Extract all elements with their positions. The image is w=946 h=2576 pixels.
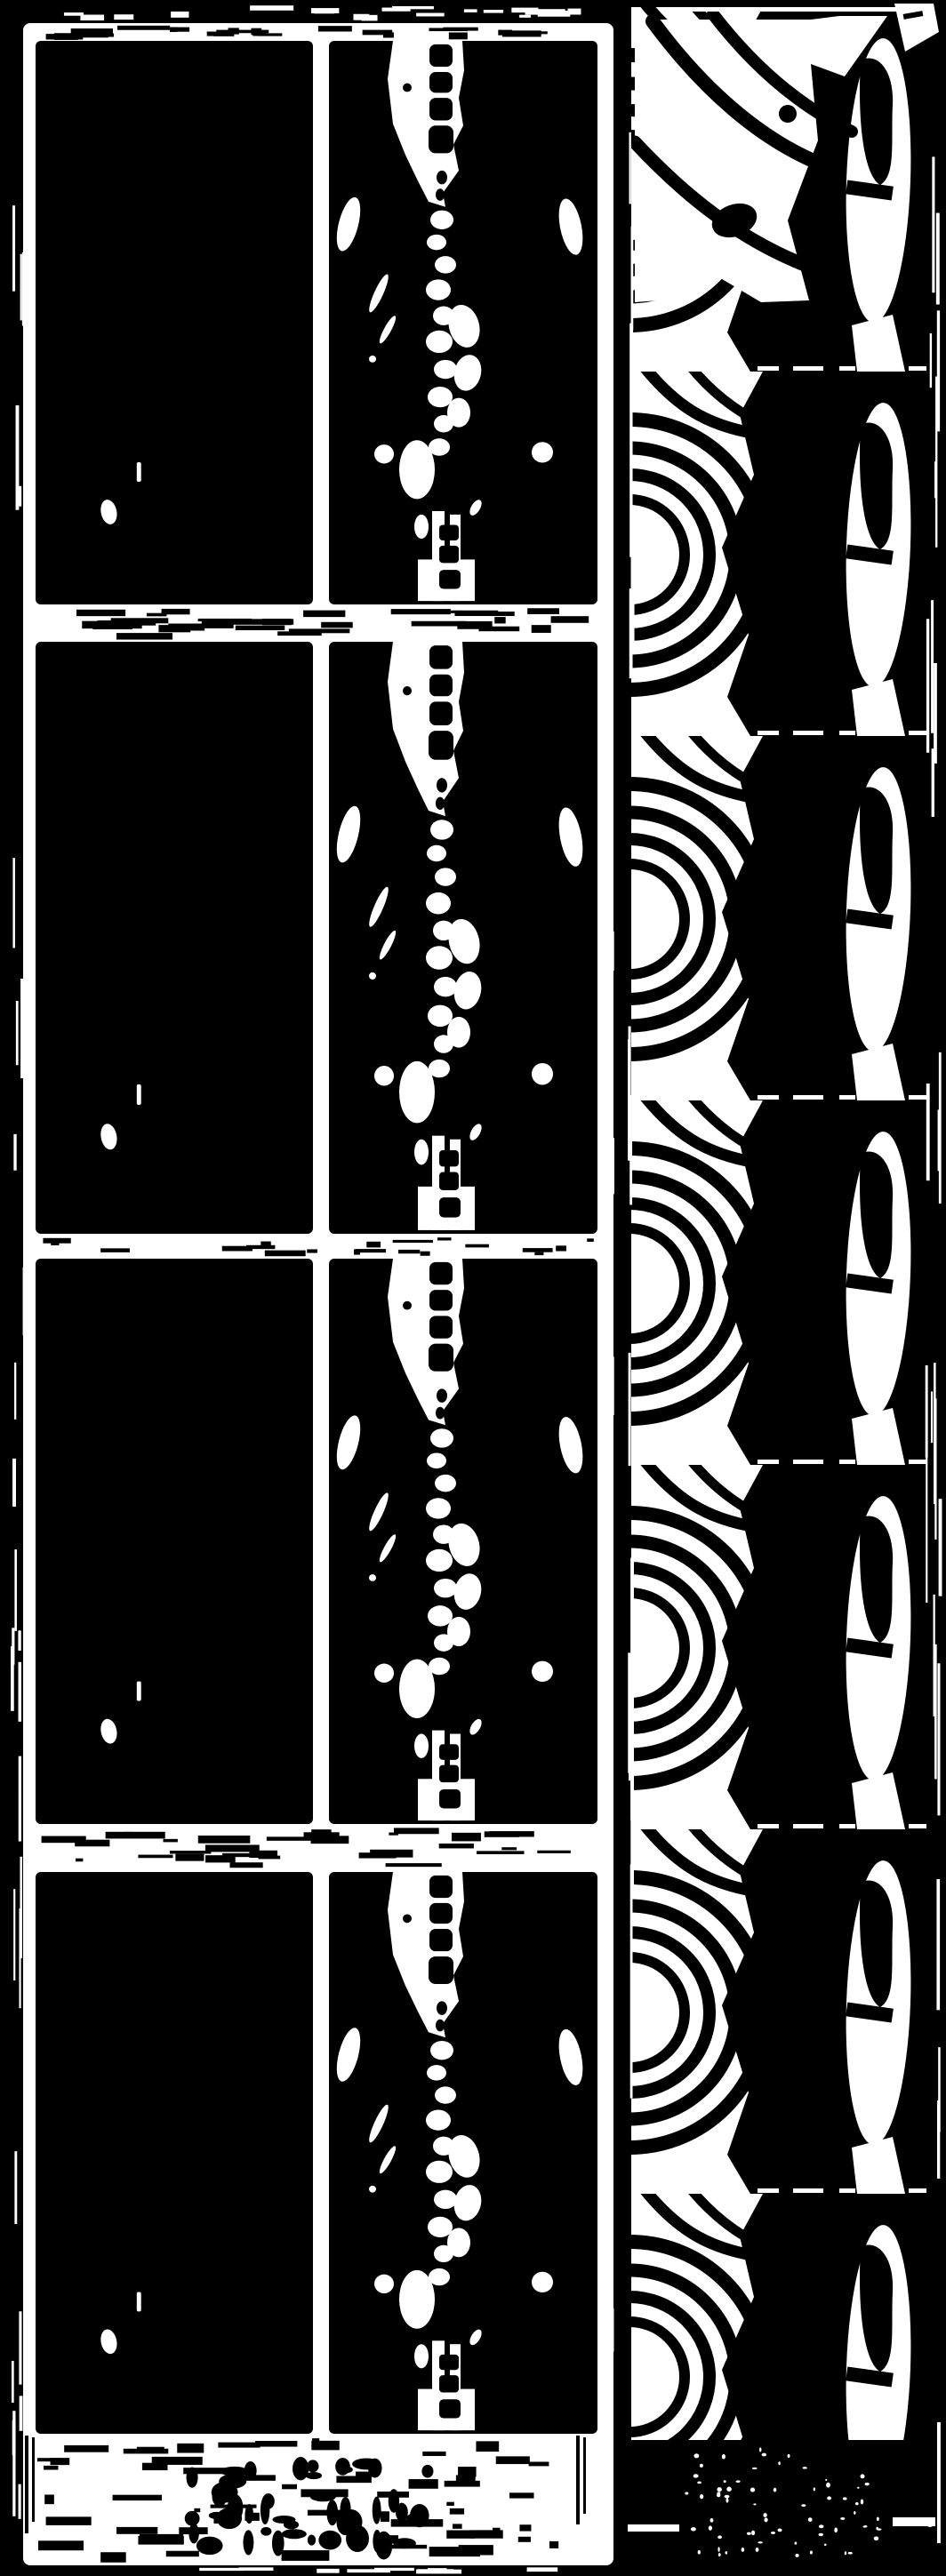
noise-mark: [164, 1839, 178, 1843]
noise-mark: [37, 2458, 62, 2461]
noise-mark: [177, 2444, 204, 2453]
noise-mark: [51, 1242, 59, 1245]
noise-mark: [926, 1084, 930, 1180]
noise-mark: [116, 2527, 157, 2534]
noise-mark: [611, 2308, 614, 2352]
noise-mark: [158, 625, 190, 632]
noise-mark: [449, 32, 468, 39]
noise-mark: [525, 9, 565, 14]
noise-mark: [756, 2548, 759, 2552]
noise-mark: [698, 2550, 701, 2555]
noise-mark: [611, 1356, 614, 1415]
noise-mark: [394, 1828, 439, 1834]
noise-mark: [12, 858, 15, 948]
noise-mark: [452, 1833, 481, 1842]
noise-mark: [501, 1847, 517, 1850]
noise-mark: [13, 1134, 16, 1171]
noise-mark: [611, 1138, 614, 1194]
bone-scan-panel-row1: [329, 41, 597, 604]
noise-mark: [19, 1908, 20, 2008]
noise-mark: [939, 1499, 942, 1596]
noise-mark: [19, 1662, 21, 1722]
noise-mark: [317, 2569, 339, 2573]
noise-mark: [717, 2493, 720, 2497]
noise-mark: [527, 2567, 558, 2572]
noise-mark: [509, 31, 548, 34]
noise-mark: [13, 1889, 15, 1980]
noise-mark: [877, 2517, 879, 2521]
noise-mark: [212, 2487, 228, 2507]
noise-mark: [758, 2541, 763, 2543]
noise-mark: [16, 1001, 19, 1065]
noise-mark: [607, 850, 610, 925]
noise-mark: [100, 2552, 126, 2563]
noise-mark: [368, 2459, 382, 2478]
noise-mark: [845, 2551, 846, 2555]
noise-mark: [724, 2480, 726, 2483]
noise-mark: [519, 2524, 531, 2531]
noise-mark: [406, 2514, 420, 2524]
noise-mark: [282, 2529, 307, 2539]
noise-mark: [926, 1448, 927, 1603]
noise-mark: [98, 620, 156, 626]
noise-mark: [73, 34, 114, 37]
noise-mark: [80, 15, 104, 20]
strip-dark-lower-zone: [628, 2440, 946, 2576]
blank-panel-row2: [36, 642, 313, 1234]
noise-mark: [587, 1238, 594, 1242]
noise-mark: [125, 1832, 132, 1836]
noise-mark: [788, 2454, 790, 2458]
noise-mark: [209, 2512, 225, 2519]
blank-panel-row1: [36, 41, 313, 604]
noise-mark: [381, 2511, 389, 2522]
noise-mark: [610, 1673, 612, 1757]
noise-mark: [762, 2453, 767, 2457]
noise-mark: [484, 10, 503, 13]
noise-mark: [54, 33, 78, 40]
noise-mark: [218, 2443, 260, 2448]
noise-mark: [771, 2532, 775, 2534]
noise-mark: [236, 626, 285, 630]
noise-mark: [166, 2551, 199, 2556]
noise-mark: [137, 2447, 164, 2451]
noise-mark: [801, 2504, 806, 2507]
noise-mark: [456, 2476, 476, 2484]
noise-mark: [549, 2541, 558, 2548]
noise-mark: [631, 1709, 633, 1824]
binarized-figure: [0, 0, 946, 2576]
noise-mark: [229, 2490, 237, 2505]
noise-mark: [824, 2544, 827, 2546]
noise-mark: [930, 333, 932, 388]
noise-mark: [629, 1027, 631, 1096]
noise-mark: [20, 254, 22, 321]
noise-mark: [259, 1856, 281, 1860]
noise-mark: [382, 8, 411, 12]
noise-mark: [937, 1663, 940, 1815]
noise-mark: [22, 985, 25, 1076]
noise-mark: [20, 2396, 23, 2430]
noise-mark: [19, 486, 21, 507]
noise-mark: [202, 621, 234, 628]
noise-mark: [306, 2472, 322, 2479]
noise-mark: [44, 2494, 54, 2504]
noise-mark: [138, 2536, 183, 2545]
noise-mark: [931, 600, 934, 733]
noise-mark: [450, 2508, 464, 2515]
noise-mark: [437, 1237, 452, 1240]
noise-mark: [834, 2527, 838, 2532]
noise-mark: [854, 2511, 855, 2515]
noise-mark: [605, 2334, 608, 2420]
noise-mark: [464, 9, 477, 12]
noise-mark: [19, 2311, 21, 2384]
noise-mark: [629, 324, 632, 557]
noise-mark: [926, 1365, 928, 1458]
noise-mark: [188, 2524, 198, 2544]
noise-mark: [106, 1832, 165, 1839]
noise-mark: [726, 2487, 732, 2492]
bone-scan-panel-row2: [329, 642, 597, 1234]
bone-scan-panel-row4: [329, 1872, 597, 2434]
noise-mark: [307, 1249, 317, 1252]
noise-mark: [608, 1501, 610, 1572]
noise-mark: [629, 132, 631, 204]
noise-mark: [117, 26, 170, 30]
noise-mark: [14, 1549, 17, 1631]
noise-mark: [725, 2551, 727, 2554]
noise-mark: [857, 2487, 860, 2489]
noise-mark: [551, 616, 589, 623]
noise-mark: [693, 2474, 699, 2477]
noise-mark: [717, 2487, 722, 2492]
noise-mark: [759, 2447, 761, 2452]
noise-mark: [255, 2441, 297, 2447]
noise-mark: [691, 2527, 696, 2531]
noise-mark: [709, 2525, 712, 2530]
noise-mark: [142, 2463, 168, 2470]
noise-mark: [937, 2422, 941, 2543]
noise-mark: [116, 633, 172, 639]
noise-mark: [763, 2513, 766, 2517]
noise-mark: [610, 1600, 613, 1657]
noise-mark: [609, 2391, 612, 2476]
noise-mark: [519, 15, 531, 18]
noise-mark: [825, 2479, 827, 2481]
noise-mark: [932, 156, 934, 292]
noise-mark: [412, 621, 466, 627]
noise-mark: [862, 2525, 866, 2527]
noise-mark: [843, 2497, 847, 2500]
noise-mark: [22, 252, 26, 326]
noise-mark: [518, 2537, 531, 2542]
noise-mark: [185, 2511, 200, 2526]
noise-mark: [609, 2183, 612, 2262]
noise-mark: [113, 2495, 162, 2500]
noise-mark: [534, 1252, 543, 1255]
noise-mark: [934, 663, 937, 764]
noise-mark: [262, 2493, 275, 2508]
noise-mark: [198, 619, 252, 621]
noise-mark: [389, 1833, 397, 1836]
noise-mark: [709, 2518, 713, 2523]
noise-mark: [742, 2548, 744, 2552]
noise-mark: [289, 628, 350, 633]
noise-mark: [393, 2538, 416, 2548]
noise-mark: [865, 2483, 870, 2485]
noise-mark: [311, 8, 339, 13]
noise-mark: [196, 2537, 223, 2556]
noise-mark: [685, 2492, 688, 2494]
noise-mark: [478, 627, 519, 631]
noise-mark: [470, 2530, 503, 2538]
noise-mark: [629, 1095, 632, 1205]
noise-mark: [229, 1862, 262, 1868]
noise-mark: [76, 610, 125, 616]
noise-mark: [938, 2047, 941, 2132]
noise-mark: [170, 28, 189, 32]
noise-mark: [567, 9, 581, 15]
noise-mark: [556, 1245, 566, 1251]
noise-mark: [605, 248, 609, 311]
noise-mark: [926, 619, 929, 752]
noise-mark: [347, 2569, 390, 2572]
noise-mark: [219, 2474, 246, 2488]
noise-mark: [243, 2530, 253, 2555]
noise-mark: [496, 2456, 530, 2464]
noise-mark: [336, 2476, 371, 2483]
noise-mark: [764, 2517, 767, 2522]
noise-mark: [239, 2567, 274, 2571]
noise-mark: [455, 611, 462, 615]
noise-mark: [936, 213, 940, 305]
noise-mark: [855, 2502, 859, 2505]
noise-mark: [389, 2489, 399, 2513]
noise-mark: [336, 2509, 354, 2535]
noise-mark: [12, 2420, 16, 2455]
noise-mark: [523, 1248, 553, 1252]
noise-mark: [359, 1852, 397, 1858]
noise-mark: [631, 227, 634, 331]
noise-mark: [282, 2484, 297, 2490]
noise-mark: [318, 2531, 341, 2550]
noise-mark: [778, 2461, 780, 2465]
noise-mark: [939, 1052, 942, 1204]
noise-mark: [752, 2468, 758, 2469]
noise-mark: [75, 1840, 109, 1847]
blank-panel-row4: [36, 1872, 313, 2434]
noise-mark: [398, 1250, 420, 1253]
noise-mark: [443, 28, 477, 31]
noise-mark: [303, 611, 345, 618]
noise-mark: [874, 2536, 879, 2540]
noise-mark: [318, 26, 352, 31]
noise-mark: [12, 1459, 16, 1507]
noise-mark: [46, 2516, 92, 2525]
noise-mark: [311, 2441, 339, 2451]
noise-mark: [321, 622, 353, 628]
bone-scan-panel-row3: [329, 1259, 597, 1824]
noise-mark: [605, 756, 607, 781]
noise-mark: [375, 2532, 392, 2560]
noise-mark: [604, 540, 606, 603]
noise-mark: [439, 1844, 474, 1848]
noise-mark: [608, 783, 610, 844]
noise-mark: [537, 1851, 571, 1853]
noise-mark: [393, 1240, 433, 1243]
noise-mark: [750, 2488, 755, 2492]
noise-mark: [246, 1245, 275, 1249]
noise-mark: [162, 609, 190, 614]
noise-mark: [608, 2357, 612, 2376]
noise-mark: [383, 32, 394, 37]
noise-mark: [700, 2494, 703, 2499]
noise-mark: [877, 2528, 882, 2530]
noise-mark: [421, 1252, 430, 1256]
noise-mark: [494, 617, 505, 623]
noise-mark: [718, 2553, 721, 2556]
noise-mark: [605, 1288, 608, 1311]
noise-mark: [931, 1391, 933, 1443]
noise-mark: [18, 1630, 20, 1651]
noise-mark: [217, 1838, 225, 1843]
noise-mark: [747, 2532, 751, 2535]
noise-mark: [453, 2524, 462, 2528]
noise-mark: [11, 1646, 14, 1711]
noise-mark: [187, 2467, 198, 2487]
noise-mark: [726, 2498, 728, 2503]
noise-mark: [38, 2540, 84, 2550]
noise-mark: [601, 325, 603, 346]
noise-mark: [795, 2542, 798, 2545]
noise-mark: [605, 906, 607, 977]
noise-mark: [272, 2531, 285, 2556]
noise-mark: [308, 2534, 316, 2545]
noise-mark: [44, 2466, 58, 2470]
noise-mark: [171, 12, 188, 18]
noise-mark: [362, 15, 378, 21]
noise-mark: [262, 619, 292, 625]
noise-mark: [718, 2535, 722, 2539]
noise-mark: [722, 2454, 726, 2460]
noise-mark: [803, 2467, 807, 2469]
noise-mark: [170, 1851, 212, 1853]
noise-mark: [228, 28, 239, 34]
noise-mark: [485, 1831, 519, 1836]
noise-mark: [827, 2496, 831, 2500]
noise-mark: [373, 2497, 381, 2524]
noise-mark: [848, 2552, 853, 2555]
noise-mark: [753, 2503, 756, 2505]
noise-mark: [465, 1244, 489, 1248]
noise-mark: [700, 2464, 703, 2468]
noise-mark: [818, 2533, 823, 2536]
noise-mark: [356, 1249, 386, 1252]
noise-mark: [222, 1853, 261, 1857]
noise-mark: [605, 1222, 608, 1288]
noise-mark: [725, 2495, 730, 2499]
noise-mark: [808, 2517, 813, 2522]
noise-mark: [76, 1859, 83, 1862]
noise-mark: [778, 2529, 782, 2532]
noise-mark: [199, 2568, 244, 2571]
noise-mark: [284, 2520, 299, 2529]
strip-top-line: [663, 7, 900, 12]
noise-mark: [250, 5, 293, 11]
noise-mark: [861, 2474, 865, 2478]
noise-mark: [603, 210, 606, 242]
noise-mark: [718, 2547, 719, 2552]
figure-canvas: [0, 0, 946, 2576]
noise-mark: [265, 1251, 306, 1257]
noise-mark: [438, 611, 499, 613]
noise-mark: [934, 1363, 936, 1504]
noise-mark: [529, 2462, 549, 2467]
noise-mark: [311, 1829, 331, 1837]
noise-mark: [282, 2550, 330, 2561]
noise-mark: [604, 400, 607, 472]
noise-mark: [14, 2151, 17, 2224]
noise-mark: [477, 1851, 524, 1854]
noise-mark: [826, 2483, 830, 2488]
noise-mark: [934, 461, 937, 498]
noise-mark: [527, 608, 559, 614]
noise-mark: [934, 1595, 935, 1716]
noise-mark: [840, 2517, 845, 2520]
noise-mark: [774, 2488, 777, 2492]
noise-mark: [611, 932, 613, 971]
noise-mark: [629, 1353, 631, 1466]
noise-mark: [386, 1863, 442, 1867]
noise-mark: [421, 2465, 433, 2478]
noise-mark: [175, 1854, 204, 1861]
noise-mark: [932, 748, 934, 817]
noise-mark: [422, 2452, 445, 2456]
noise-mark: [366, 1242, 381, 1248]
noise-mark: [446, 2502, 453, 2506]
noise-mark: [795, 2554, 798, 2557]
noise-mark: [936, 1879, 940, 2010]
noise-mark: [819, 2524, 824, 2528]
noise-mark: [693, 2453, 699, 2458]
noise-mark: [476, 2441, 499, 2452]
noise-mark: [261, 2527, 271, 2536]
noise-mark: [19, 2484, 21, 2519]
noise-mark: [814, 2487, 815, 2491]
noise-mark: [429, 2547, 480, 2556]
noise-mark: [509, 2492, 534, 2498]
noise-mark: [245, 2504, 253, 2524]
noise-mark: [12, 2361, 14, 2403]
noise-mark: [736, 2480, 741, 2483]
noise-mark: [205, 1844, 260, 1852]
noise-mark: [114, 14, 133, 20]
noise-mark: [409, 2479, 438, 2489]
noise-mark: [751, 2531, 755, 2536]
noise-mark: [861, 2500, 863, 2505]
noise-mark: [207, 32, 228, 36]
noise-mark: [326, 2500, 338, 2525]
noise-mark: [19, 1756, 21, 1842]
noise-mark: [64, 2445, 108, 2452]
blank-panel-row3: [36, 1259, 313, 1824]
noise-mark: [138, 1855, 172, 1859]
noise-mark: [416, 13, 445, 17]
noise-mark: [697, 2481, 701, 2484]
noise-mark: [14, 1363, 16, 1420]
noise-mark: [100, 1248, 130, 1252]
